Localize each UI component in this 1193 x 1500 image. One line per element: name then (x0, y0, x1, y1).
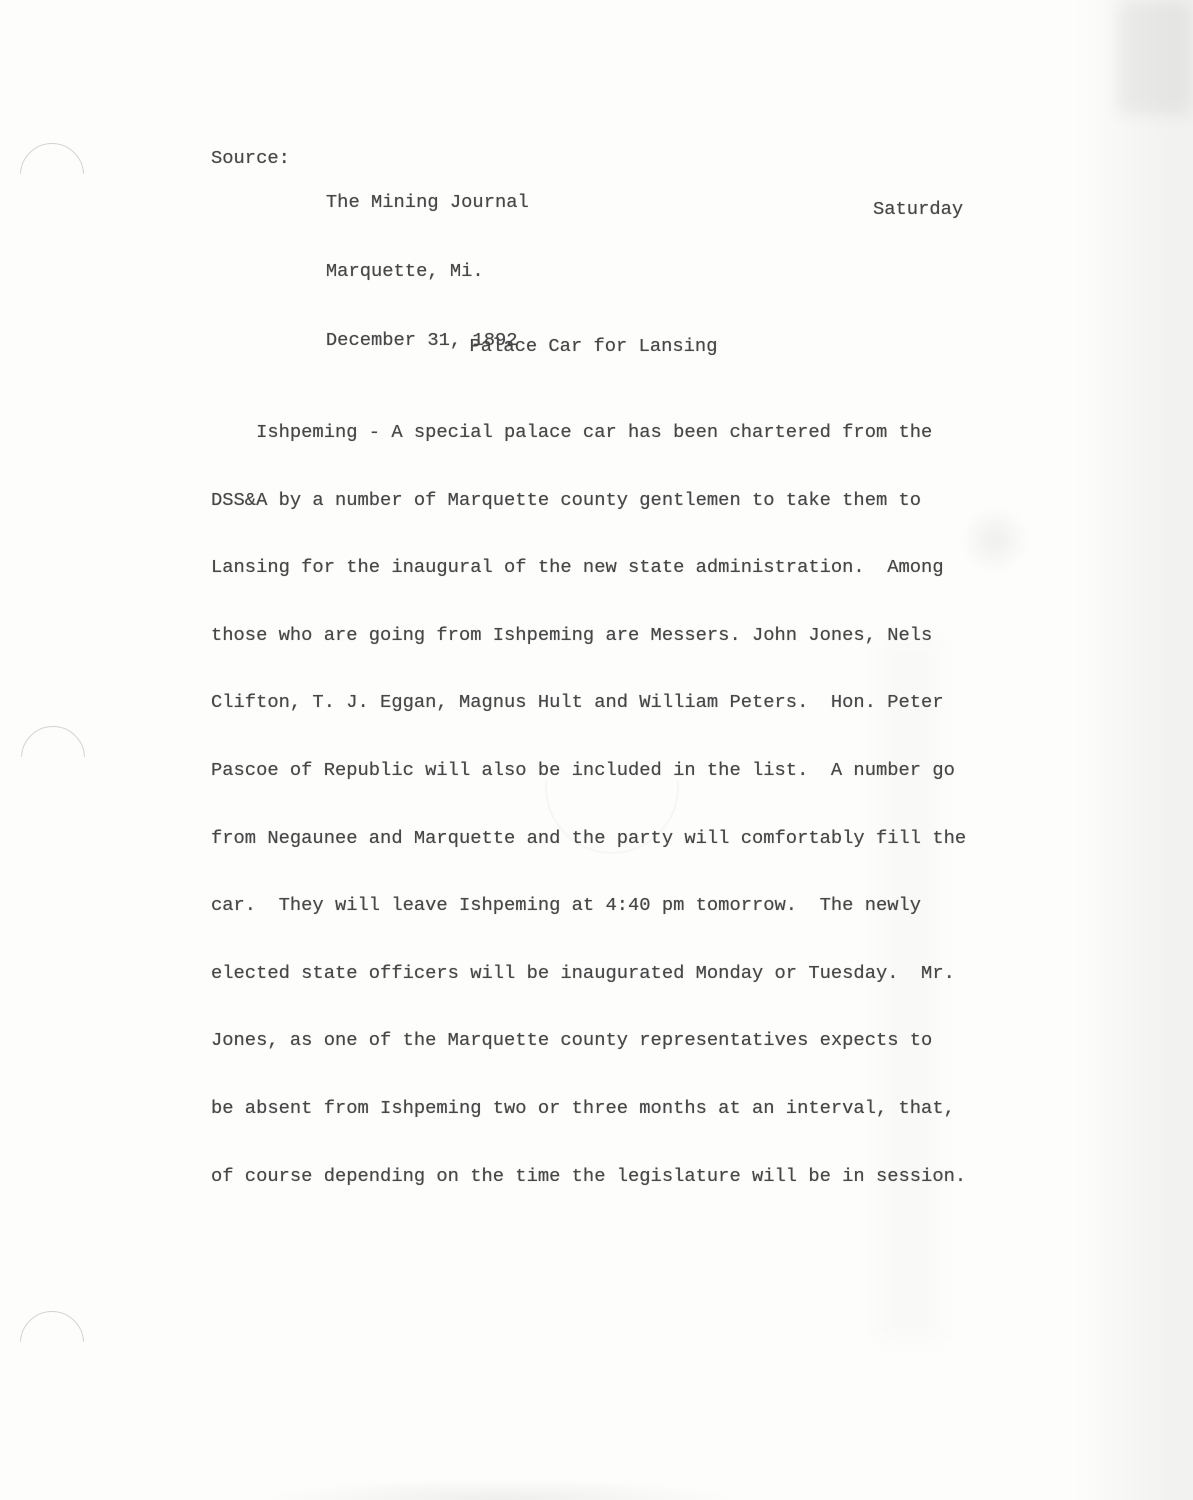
source-header: Source: The Mining Journal Marquette, Mi… (211, 146, 529, 397)
scan-shading-top-right-corner (1118, 0, 1193, 115)
body-line: of course depending on the time the legi… (211, 1165, 1001, 1189)
weekday-label: Saturday (873, 197, 963, 222)
publication-details: The Mining Journal Marquette, Mi. Decemb… (326, 146, 529, 397)
publication-name: The Mining Journal (326, 190, 529, 215)
body-line: elected state officers will be inaugurat… (211, 962, 1001, 986)
source-label: Source: (211, 146, 290, 171)
body-line: those who are going from Ishpeming are M… (211, 624, 1001, 648)
body-line: Lansing for the inaugural of the new sta… (211, 556, 1001, 580)
article-body: Ishpeming - A special palace car has bee… (211, 377, 1001, 1232)
punch-hole-mark-bottom (20, 1311, 84, 1375)
scan-shading-bottom (260, 1478, 740, 1500)
scan-shading-right-edge (1073, 0, 1193, 1500)
body-line: Ishpeming - A special palace car has bee… (211, 421, 1001, 445)
body-line: Clifton, T. J. Eggan, Magnus Hult and Wi… (211, 691, 1001, 715)
body-line: Jones, as one of the Marquette county re… (211, 1029, 1001, 1053)
body-line: car. They will leave Ishpeming at 4:40 p… (211, 894, 1001, 918)
punch-hole-mark-top (20, 143, 84, 207)
body-line: DSS&A by a number of Marquette county ge… (211, 489, 1001, 513)
article-title: Palace Car for Lansing (211, 334, 976, 358)
publication-location: Marquette, Mi. (326, 259, 529, 284)
scanned-document-page: Source: The Mining Journal Marquette, Mi… (0, 0, 1193, 1500)
body-line: Pascoe of Republic will also be included… (211, 759, 1001, 783)
punch-hole-mark-middle (21, 726, 85, 790)
body-line: from Negaunee and Marquette and the part… (211, 827, 1001, 851)
body-line: be absent from Ishpeming two or three mo… (211, 1097, 1001, 1121)
